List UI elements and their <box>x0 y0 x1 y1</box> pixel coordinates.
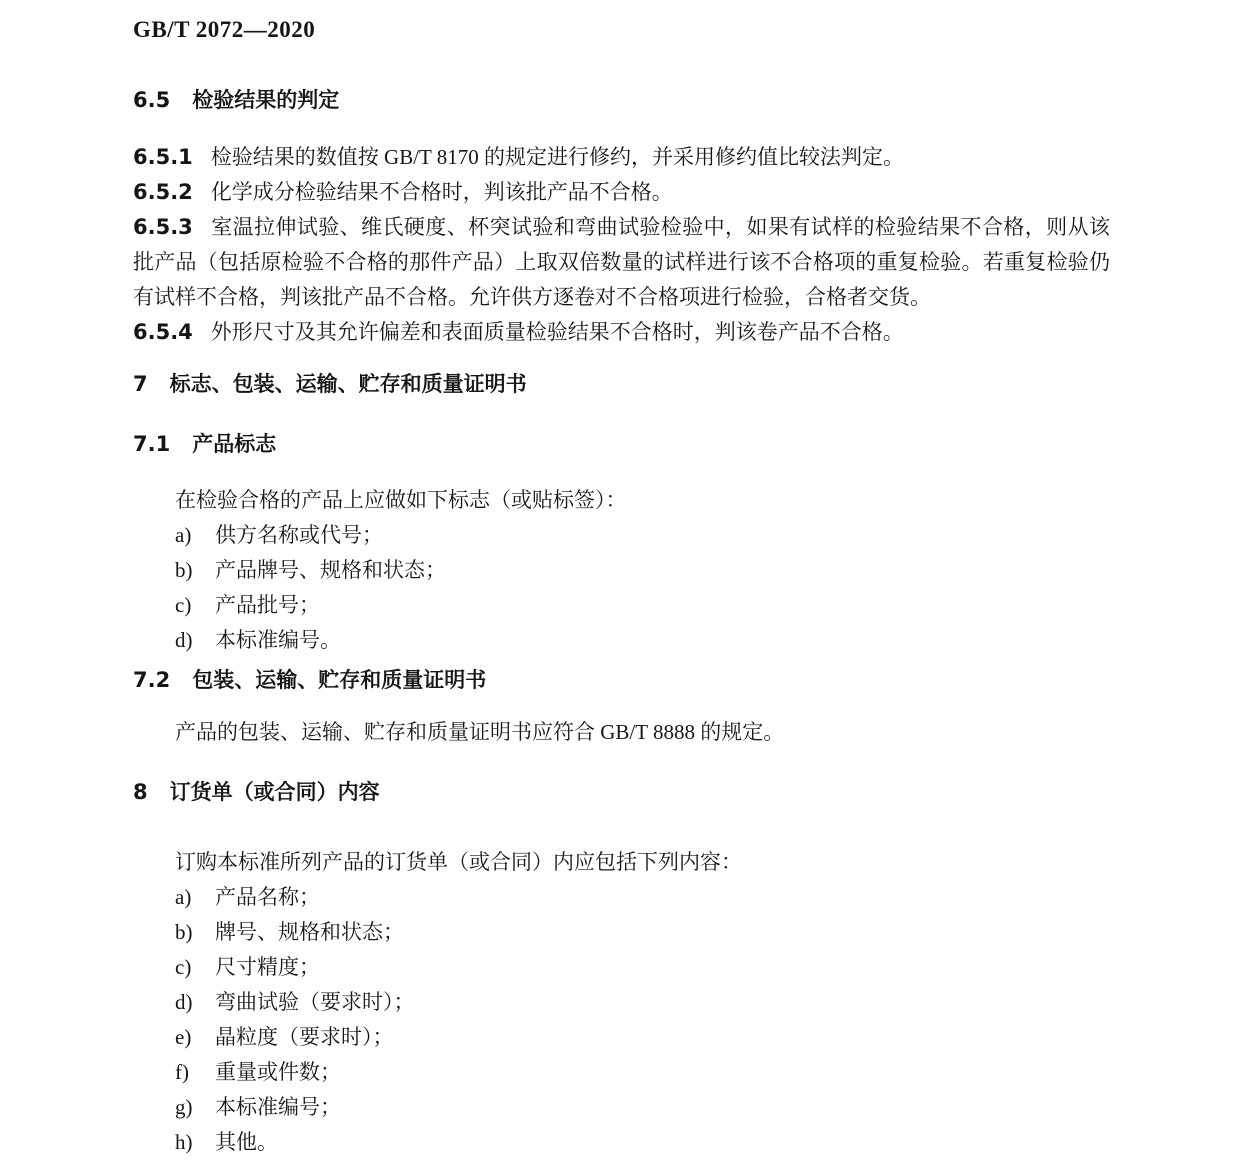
heading-6-5: 6.5检验结果的判定 <box>133 86 1110 114</box>
clause-6-5-3-number: 6.5.3 <box>133 215 193 239</box>
list-item: a) 产品名称； <box>175 880 1110 915</box>
list-marker: c) <box>175 588 215 623</box>
clause-6-5-3-text: 室温拉伸试验、维氏硬度、杯突试验和弯曲试验检验中，如果有试样的检验结果不合格，则… <box>133 215 1110 309</box>
clause-8-intro: 订购本标准所列产品的订货单（或合同）内应包括下列内容： <box>133 845 1110 880</box>
list-marker: b) <box>175 915 215 950</box>
heading-6-5-number: 6.5 <box>133 88 170 112</box>
list-item-text: 本标准编号； <box>215 1090 1110 1125</box>
clause-7-1-intro: 在检验合格的产品上应做如下标志（或贴标签）： <box>133 483 1110 518</box>
list-item: c) 产品批号； <box>175 588 1110 623</box>
heading-7-2-number: 7.2 <box>133 668 170 692</box>
heading-7-2: 7.2包装、运输、贮存和质量证明书 <box>133 666 1110 694</box>
list-item-text: 尺寸精度； <box>215 950 1110 985</box>
clause-6-5-3: 6.5.3室温拉伸试验、维氏硬度、杯突试验和弯曲试验检验中，如果有试样的检验结果… <box>133 210 1110 315</box>
marking-list: a) 供方名称或代号； b) 产品牌号、规格和状态； c) 产品批号； d) 本… <box>133 518 1110 658</box>
clause-6-5-4: 6.5.4外形尺寸及其允许偏差和表面质量检验结果不合格时，判该卷产品不合格。 <box>133 315 1110 350</box>
list-marker: d) <box>175 623 215 658</box>
list-item: a) 供方名称或代号； <box>175 518 1110 553</box>
doc-number: GB/T 2072—2020 <box>133 16 1110 44</box>
list-item-text: 产品名称； <box>215 880 1110 915</box>
clause-6-5-4-text: 外形尺寸及其允许偏差和表面质量检验结果不合格时，判该卷产品不合格。 <box>211 320 904 344</box>
list-item-text: 供方名称或代号； <box>215 518 1110 553</box>
list-item: c) 尺寸精度； <box>175 950 1110 985</box>
list-marker: h) <box>175 1125 215 1160</box>
heading-8-number: 8 <box>133 780 148 804</box>
heading-7-1-number: 7.1 <box>133 432 170 456</box>
list-item-text: 弯曲试验（要求时）； <box>215 985 1110 1020</box>
list-item-text: 晶粒度（要求时）； <box>215 1020 1110 1055</box>
heading-6-5-title: 检验结果的判定 <box>192 88 339 112</box>
clause-6-5-2-number: 6.5.2 <box>133 180 193 204</box>
list-item: h) 其他。 <box>175 1125 1110 1160</box>
list-item: d) 弯曲试验（要求时）； <box>175 985 1110 1020</box>
list-item: d) 本标准编号。 <box>175 623 1110 658</box>
clause-6-5-2: 6.5.2化学成分检验结果不合格时，判该批产品不合格。 <box>133 175 1110 210</box>
list-marker: b) <box>175 553 215 588</box>
list-item: b) 牌号、规格和状态； <box>175 915 1110 950</box>
list-item-text: 重量或件数； <box>215 1055 1110 1090</box>
clause-6-5-1-number: 6.5.1 <box>133 145 193 169</box>
list-item-text: 其他。 <box>215 1125 1110 1160</box>
heading-8: 8订货单（或合同）内容 <box>133 778 1110 806</box>
list-marker: a) <box>175 518 215 553</box>
heading-7: 7标志、包装、运输、贮存和质量证明书 <box>133 370 1110 398</box>
list-item: g) 本标准编号； <box>175 1090 1110 1125</box>
order-content-list: a) 产品名称； b) 牌号、规格和状态； c) 尺寸精度； d) 弯曲试验（要… <box>133 880 1110 1160</box>
list-item-text: 本标准编号。 <box>215 623 1110 658</box>
heading-7-number: 7 <box>133 372 148 396</box>
list-item-text: 牌号、规格和状态； <box>215 915 1110 950</box>
clause-6-5-1: 6.5.1检验结果的数值按 GB/T 8170 的规定进行修约，并采用修约值比较… <box>133 140 1110 175</box>
clause-6-5-1-text: 检验结果的数值按 GB/T 8170 的规定进行修约，并采用修约值比较法判定。 <box>211 145 904 169</box>
document-page: GB/T 2072—2020 6.5检验结果的判定 6.5.1检验结果的数值按 … <box>0 0 1240 1166</box>
clause-7-2-text: 产品的包装、运输、贮存和质量证明书应符合 GB/T 8888 的规定。 <box>133 715 1110 750</box>
heading-8-title: 订货单（或合同）内容 <box>170 780 380 804</box>
list-marker: f) <box>175 1055 215 1090</box>
list-marker: g) <box>175 1090 215 1125</box>
heading-7-title: 标志、包装、运输、贮存和质量证明书 <box>170 372 527 396</box>
list-item: b) 产品牌号、规格和状态； <box>175 553 1110 588</box>
list-item: e) 晶粒度（要求时）； <box>175 1020 1110 1055</box>
heading-7-1: 7.1产品标志 <box>133 430 1110 458</box>
clause-6-5-4-number: 6.5.4 <box>133 320 193 344</box>
list-item: f) 重量或件数； <box>175 1055 1110 1090</box>
heading-7-1-title: 产品标志 <box>192 432 276 456</box>
list-marker: e) <box>175 1020 215 1055</box>
list-marker: d) <box>175 985 215 1020</box>
list-item-text: 产品牌号、规格和状态； <box>215 553 1110 588</box>
list-item-text: 产品批号； <box>215 588 1110 623</box>
list-marker: a) <box>175 880 215 915</box>
clause-6-5-2-text: 化学成分检验结果不合格时，判该批产品不合格。 <box>211 180 673 204</box>
heading-7-2-title: 包装、运输、贮存和质量证明书 <box>192 668 486 692</box>
list-marker: c) <box>175 950 215 985</box>
